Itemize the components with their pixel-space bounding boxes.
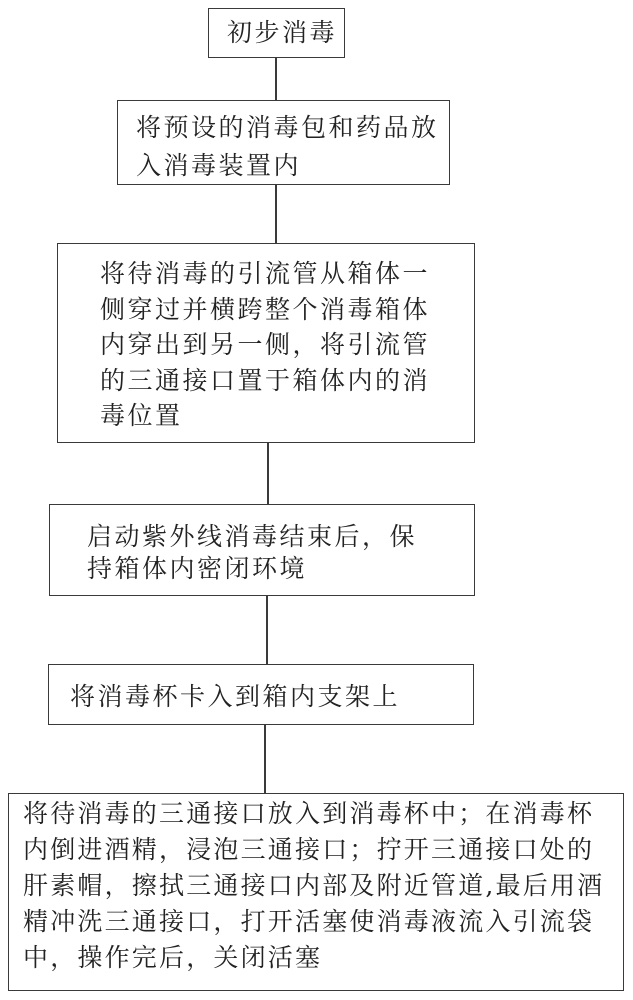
step-box-place-disinfection-pack: 将预设的消毒包和药品放 入消毒装置内 xyxy=(117,100,450,185)
connector-line xyxy=(266,596,268,664)
connector-line xyxy=(275,58,277,100)
step-box-thread-drainage-tube: 将待消毒的引流管从箱体一 侧穿过并横跨整个消毒箱体 内穿出到另一侧，将引流管 的… xyxy=(57,243,475,443)
step-text: 将待消毒的三通接口放入到消毒杯中；在消毒杯 内倒进酒精，浸泡三通接口；拧开三通接… xyxy=(23,796,604,976)
step-text: 初步消毒 xyxy=(227,16,337,50)
connector-line xyxy=(275,185,277,243)
step-text: 将预设的消毒包和药品放 入消毒装置内 xyxy=(136,109,439,185)
connector-line xyxy=(264,725,266,793)
step-text: 将待消毒的引流管从箱体一 侧穿过并横跨整个消毒箱体 内穿出到另一侧，将引流管 的… xyxy=(100,256,430,434)
step-box-initial-disinfection: 初步消毒 xyxy=(208,8,345,58)
step-box-alcohol-soak-and-flush: 将待消毒的三通接口放入到消毒杯中；在消毒杯 内倒进酒精，浸泡三通接口；拧开三通接… xyxy=(8,793,624,991)
step-box-uv-disinfection: 启动紫外线消毒结束后，保 持箱体内密闭环境 xyxy=(49,504,475,596)
step-text: 将消毒杯卡入到箱内支架上 xyxy=(70,680,400,714)
step-box-insert-disinfection-cup: 将消毒杯卡入到箱内支架上 xyxy=(48,664,474,725)
connector-line xyxy=(267,443,269,504)
step-text: 启动紫外线消毒结束后，保 持箱体内密闭环境 xyxy=(87,521,417,585)
